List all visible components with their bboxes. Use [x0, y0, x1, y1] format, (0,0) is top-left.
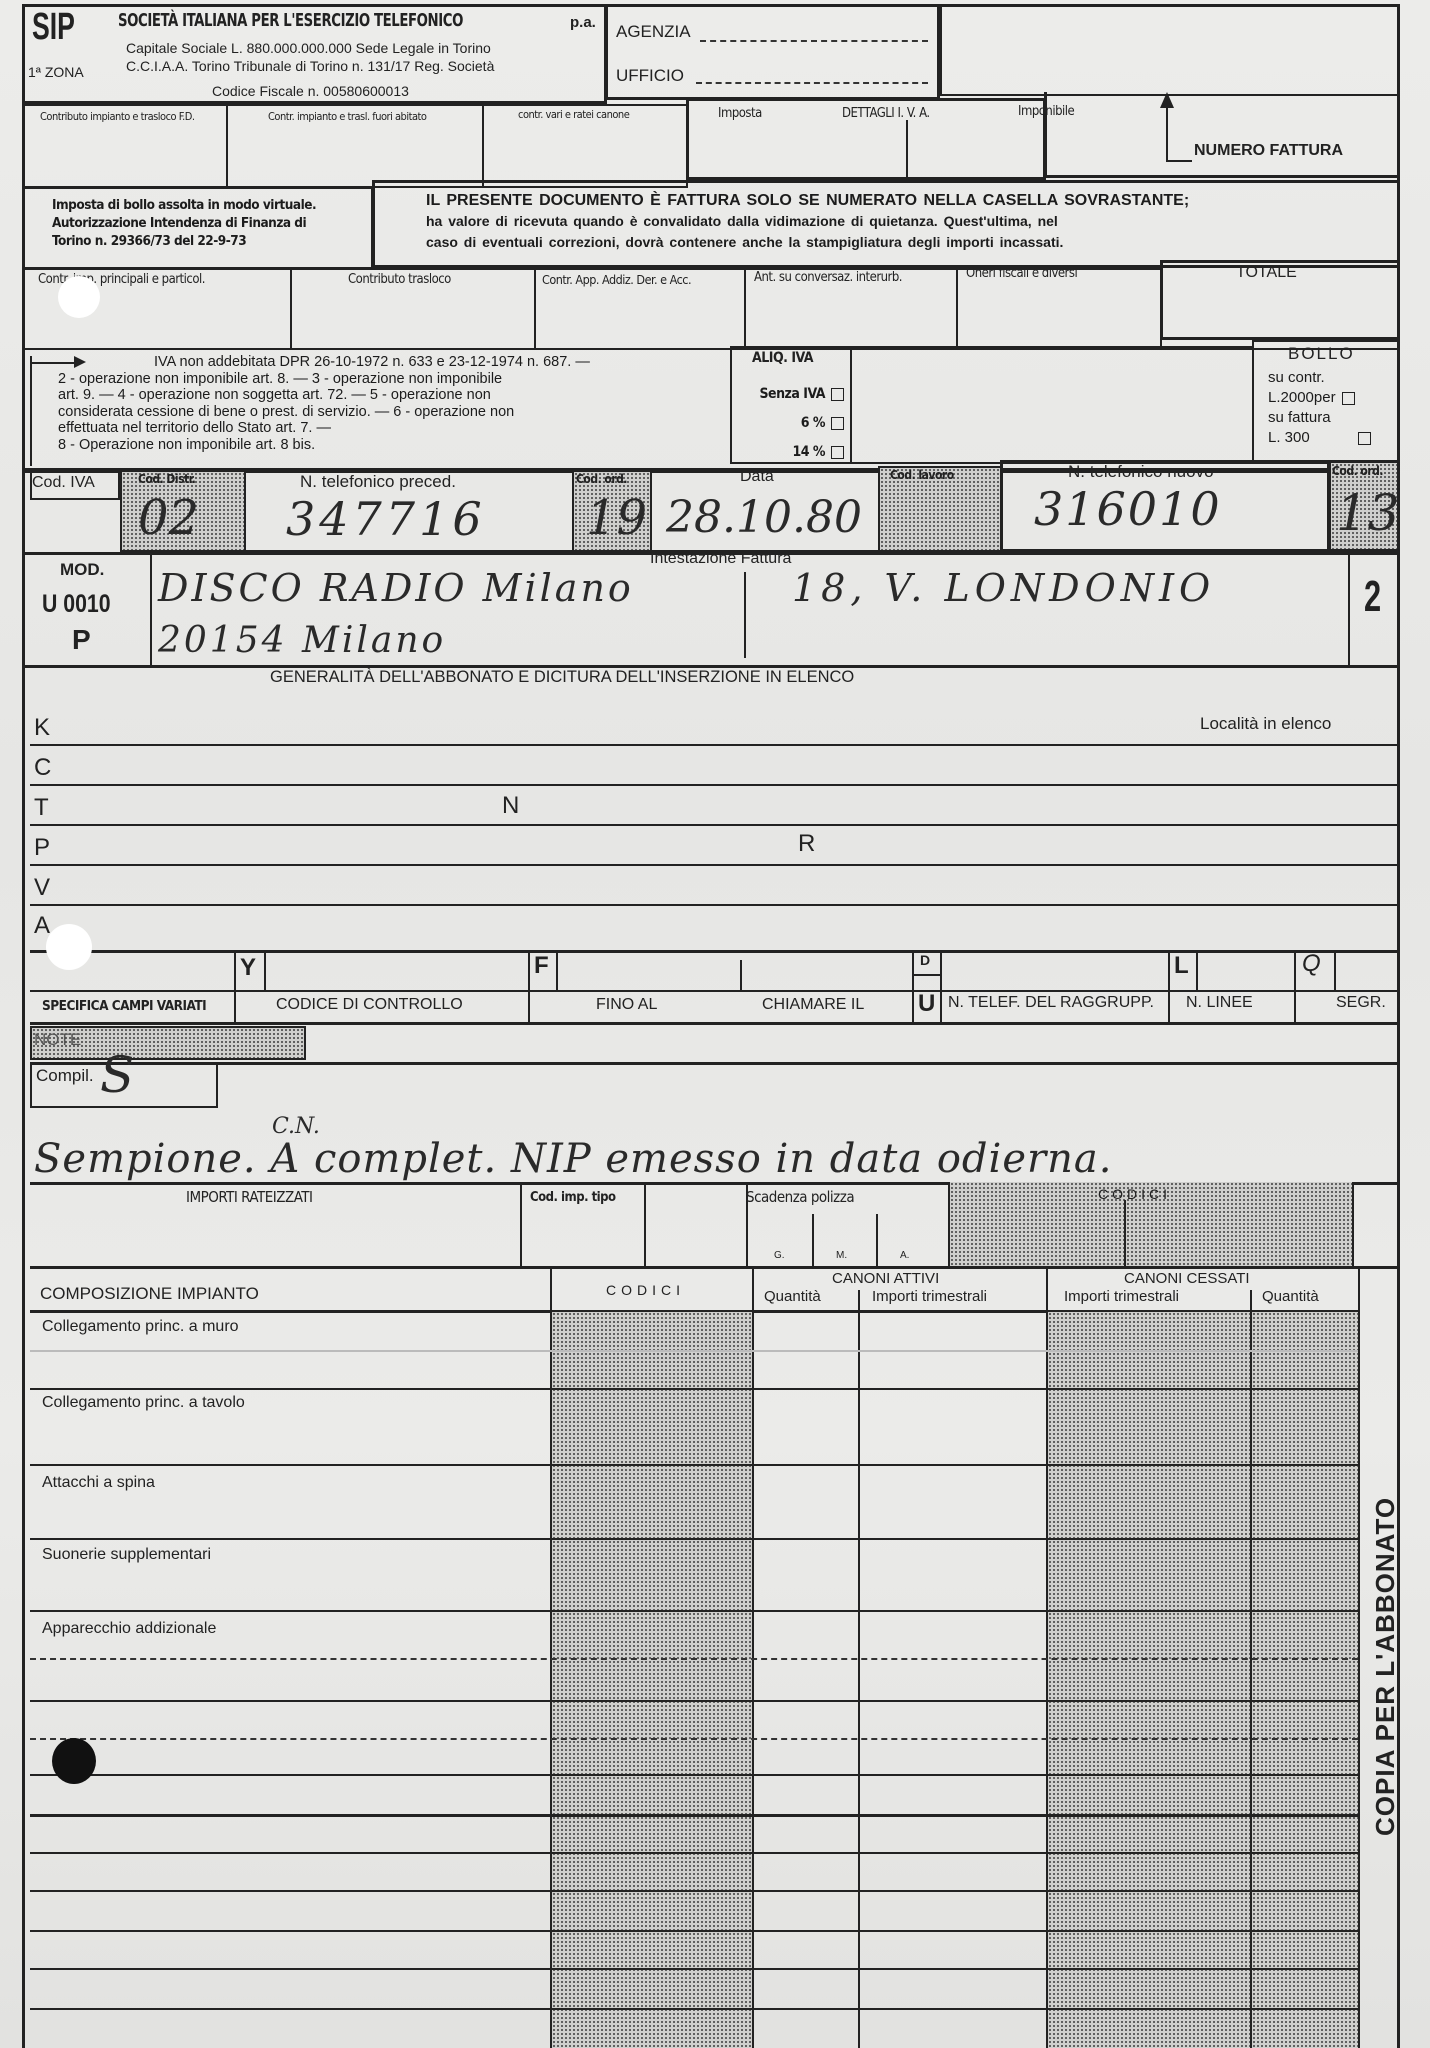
- label-giorno: G.: [774, 1250, 785, 1261]
- divider: [1294, 950, 1296, 1022]
- divider: [1250, 1290, 1252, 2048]
- zone-label: 1ª ZONA: [28, 64, 84, 80]
- label-anno: A.: [900, 1250, 909, 1261]
- divider: [30, 1852, 1358, 1854]
- punch-hole: [58, 276, 100, 318]
- composizione-codici: CODICI: [606, 1282, 685, 1298]
- invoice-number-box[interactable]: [1044, 92, 1400, 178]
- cod-distr-value: 02: [138, 490, 199, 546]
- divider: [744, 572, 746, 658]
- checkbox-6-percent[interactable]: [831, 417, 844, 430]
- label-contr-fuori-abitato: Contr. impianto e trasl. fuori abitato: [268, 110, 426, 123]
- letter-u: U: [918, 990, 935, 1018]
- data-label: Data: [740, 468, 774, 486]
- ufficio-label: UFFICIO: [616, 66, 684, 86]
- sip-logo: SIP: [32, 6, 75, 49]
- composizione-title: COMPOSIZIONE IMPIANTO: [40, 1284, 259, 1304]
- aliq-iva-title: ALIQ. IVA: [752, 350, 813, 366]
- iva-divider: [906, 120, 908, 180]
- divider: [30, 904, 1400, 906]
- punch-hole: [52, 1738, 96, 1784]
- label-n-linee: N. LINEE: [1186, 994, 1253, 1012]
- divider: [30, 1968, 1358, 1970]
- label-chiamare-il: CHIAMARE IL: [762, 996, 864, 1014]
- cod-ord-label: Cod. ord.: [576, 472, 627, 486]
- cessati-importi: Importi trimestrali: [1064, 1288, 1179, 1305]
- row-t[interactable]: TN: [32, 794, 1392, 824]
- data-value: 28.10.80: [666, 492, 862, 543]
- checkbox-senza-iva[interactable]: [831, 388, 844, 401]
- label-totale: TOTALE: [1236, 264, 1297, 282]
- divider: [556, 950, 558, 990]
- invoice-validity-note: IL PRESENTE DOCUMENTO È FATTURA SOLO SE …: [426, 190, 1189, 253]
- label-contributo-trasloco: Contributo trasloco: [348, 272, 451, 287]
- letter-r: R: [798, 830, 815, 858]
- letter-n: N: [502, 792, 519, 820]
- dashed-divider: [30, 1738, 1358, 1740]
- divider: [30, 744, 1400, 746]
- handwritten-note[interactable]: Sempione. A complet. NIP emesso in data …: [34, 1136, 1112, 1182]
- iva-bracket: [30, 356, 32, 466]
- label-segr: SEGR.: [1336, 994, 1386, 1012]
- arrow-foot: [1166, 160, 1192, 162]
- tel-nuovo-label: N. telefonico nuovo: [1068, 462, 1214, 482]
- letter-q: Q: [1302, 950, 1321, 978]
- row-attacchi-spina[interactable]: Attacchi a spina: [42, 1474, 155, 1492]
- row-c[interactable]: C: [32, 754, 1392, 784]
- stamp-area: [940, 4, 1400, 96]
- label-imposta: Imposta: [718, 106, 762, 121]
- aliq-iva-options: Senza IVA 6 % 14 %: [740, 380, 844, 467]
- fold-line: [30, 1350, 1358, 1352]
- compil-value: S: [100, 1046, 134, 1104]
- divider: [30, 1610, 1358, 1612]
- divider: [30, 824, 1400, 826]
- arrow-head-icon: [1160, 92, 1174, 108]
- mod-label: MOD.: [60, 560, 104, 580]
- divider: [1196, 950, 1198, 990]
- divider: [858, 1290, 860, 2048]
- row-p[interactable]: PR: [32, 834, 1392, 864]
- divider: [30, 1464, 1358, 1466]
- divider: [644, 1182, 646, 1266]
- label-importi-rateizzati: IMPORTI RATEIZZATI: [186, 1188, 313, 1206]
- row-a[interactable]: A: [32, 912, 1392, 942]
- letter-d: D: [920, 952, 930, 968]
- intestazione-city[interactable]: 20154 Milano: [158, 620, 446, 661]
- copy-number: 2: [1364, 572, 1381, 622]
- row-v[interactable]: V: [32, 874, 1392, 904]
- intestazione-label: Intestazione Fattura: [650, 550, 791, 568]
- aliq-option-senza-iva[interactable]: Senza IVA: [740, 380, 844, 409]
- ufficio-field[interactable]: [696, 82, 928, 84]
- divider: [30, 1930, 1358, 1932]
- canoni-attivi-title: CANONI ATTIVI: [832, 1270, 939, 1287]
- cod-ord2-label: Cod. ord.: [1332, 464, 1383, 478]
- canoni-cessati-title: CANONI CESSATI: [1124, 1270, 1250, 1287]
- label-fino-al: FINO AL: [596, 996, 657, 1014]
- row-collegamento-muro[interactable]: Collegamento princ. a muro: [42, 1318, 239, 1336]
- label-oneri-fiscali: Oneri fiscali e diversi: [966, 266, 1077, 281]
- intestazione-address[interactable]: 18, V. LONDONIO: [792, 566, 1215, 610]
- divider: [1334, 950, 1336, 990]
- divider: [30, 784, 1400, 786]
- letter-v: V: [34, 874, 50, 902]
- divider: [30, 864, 1400, 866]
- divider: [30, 1538, 1358, 1540]
- label-specifica-campi: SPECIFICA CAMPI VARIATI: [42, 998, 206, 1014]
- agenzia-label: AGENZIA: [616, 22, 691, 42]
- agenzia-field[interactable]: [700, 40, 928, 42]
- cessati-quantita: Quantità: [1262, 1288, 1319, 1305]
- divider: [30, 1814, 1358, 1817]
- divider: [876, 1214, 878, 1266]
- cod-iva-label: Cod. IVA: [32, 474, 95, 492]
- divider: [30, 1388, 1358, 1390]
- divider: [912, 950, 914, 1022]
- divider: [30, 1700, 1358, 1702]
- label-tel-raggrupp: N. TELEF. DEL RAGGRUPP.: [948, 994, 1154, 1012]
- label-codice-controllo: CODICE DI CONTROLLO: [276, 996, 463, 1014]
- divider: [150, 552, 152, 668]
- mod-code: U 0010: [42, 590, 111, 619]
- checkbox-bollo-contr[interactable]: [1342, 392, 1355, 405]
- mod-letter: P: [72, 624, 91, 656]
- divider: [30, 1774, 1358, 1776]
- aliq-option-6[interactable]: 6 %: [740, 409, 844, 438]
- canoni-cessati-column[interactable]: [1048, 1312, 1358, 2048]
- label-cod-imp-tipo: Cod. imp. tipo: [530, 1190, 616, 1205]
- label-contributo-fd: Contributo impianto e trasloco F.D.: [40, 110, 195, 123]
- fiscal-code-line: Codice Fiscale n. 00580600013: [212, 83, 409, 99]
- divider: [30, 1062, 1400, 1065]
- registry-line: C.C.I.A.A. Torino Tribunale di Torino n.…: [126, 58, 494, 74]
- divider: [528, 950, 530, 1022]
- tel-prec-label: N. telefonico preced.: [300, 472, 456, 492]
- note-label: NOTE: [34, 1030, 81, 1050]
- tel-prec-value: 347716: [286, 492, 486, 546]
- divider: [912, 974, 940, 976]
- divider: [1124, 1200, 1126, 1266]
- letter-f: F: [534, 952, 549, 980]
- cod-distr-label: Cod. Distr.: [138, 472, 195, 486]
- dashed-divider: [30, 1658, 1358, 1660]
- aliq-option-14[interactable]: 14 %: [740, 438, 844, 467]
- capital-line: Capitale Sociale L. 880.000.000.000 Sede…: [126, 40, 491, 56]
- checkbox-14-percent[interactable]: [831, 446, 844, 459]
- iva-exemption-note: IVA non addebitata DPR 26-10-1972 n. 633…: [58, 354, 708, 453]
- label-contr-vari: contr. vari e ratei canone: [518, 108, 629, 121]
- label-numero-fattura: NUMERO FATTURA: [1194, 142, 1343, 160]
- row-k[interactable]: K: [32, 714, 1392, 744]
- generalita-title: GENERALITÀ DELL'ABBONATO E DICITURA DELL…: [270, 668, 854, 687]
- label-mese: M.: [836, 1250, 847, 1261]
- divider: [1348, 552, 1350, 668]
- row-apparecchio-addizionale[interactable]: Apparecchio addizionale: [42, 1620, 216, 1638]
- letter-c: C: [34, 754, 51, 782]
- divider: [1168, 950, 1170, 1022]
- divider: [740, 960, 742, 990]
- bollo-title: BOLLO: [1288, 344, 1355, 364]
- label-codici-rateizzati: CODICI: [1098, 1186, 1171, 1202]
- label-contr-app-addiz: Contr. App. Addiz. Der. e Acc.: [542, 272, 691, 287]
- divider: [30, 1022, 1400, 1025]
- iva-blank-box: [850, 346, 1254, 464]
- tel-nuovo-value: 316010: [1034, 482, 1222, 536]
- divider: [30, 1266, 1400, 1269]
- divider: [812, 1214, 814, 1266]
- label-scadenza-polizza: Scadenza polizza: [746, 1188, 854, 1206]
- invoice-form: SIP 1ª ZONA SOCIETÀ ITALIANA PER L'ESERC…: [0, 0, 1430, 2048]
- letter-l: L: [1174, 952, 1189, 980]
- divider: [1358, 1266, 1360, 2048]
- punch-hole: [46, 924, 92, 970]
- letter-t: T: [34, 794, 49, 822]
- divider: [940, 950, 942, 1022]
- letter-k: K: [34, 714, 50, 742]
- copy-side-label: COPIA PER L'ABBONATO: [1370, 1497, 1401, 1836]
- letter-y: Y: [240, 954, 256, 982]
- codici-column[interactable]: [552, 1312, 752, 2048]
- bollo-virtual-note: Imposta di bollo assolta in modo virtual…: [52, 196, 316, 250]
- label-dettagli-iva: DETTAGLI I. V. A.: [842, 106, 930, 121]
- cod-ord2-value: 13: [1336, 484, 1400, 542]
- divider: [520, 1182, 522, 1266]
- attivi-quantita: Quantità: [764, 1288, 821, 1305]
- bollo-options: su contr. L.2000per su fattura L. 300: [1268, 368, 1371, 448]
- row-collegamento-tavolo[interactable]: Collegamento princ. a tavolo: [42, 1394, 245, 1412]
- checkbox-bollo-fattura[interactable]: [1358, 432, 1371, 445]
- divider: [234, 950, 236, 1022]
- company-suffix: p.a.: [570, 14, 596, 31]
- label-ant-conversaz: Ant. su conversaz. interurb.: [754, 270, 902, 285]
- divider: [30, 2008, 1358, 2010]
- intestazione-name[interactable]: DISCO RADIO Milano: [158, 566, 634, 610]
- divider: [264, 950, 266, 990]
- attivi-importi: Importi trimestrali: [872, 1288, 987, 1305]
- cod-ord-value: 19: [586, 490, 647, 546]
- letter-p: P: [34, 834, 50, 862]
- compil-label: Compil.: [36, 1066, 94, 1086]
- cod-lavoro-label: Cod. lavoro: [890, 468, 954, 482]
- company-name: SOCIETÀ ITALIANA PER L'ESERCIZIO TELEFON…: [118, 10, 463, 31]
- row-suonerie[interactable]: Suonerie supplementari: [42, 1546, 211, 1564]
- divider: [30, 1890, 1358, 1892]
